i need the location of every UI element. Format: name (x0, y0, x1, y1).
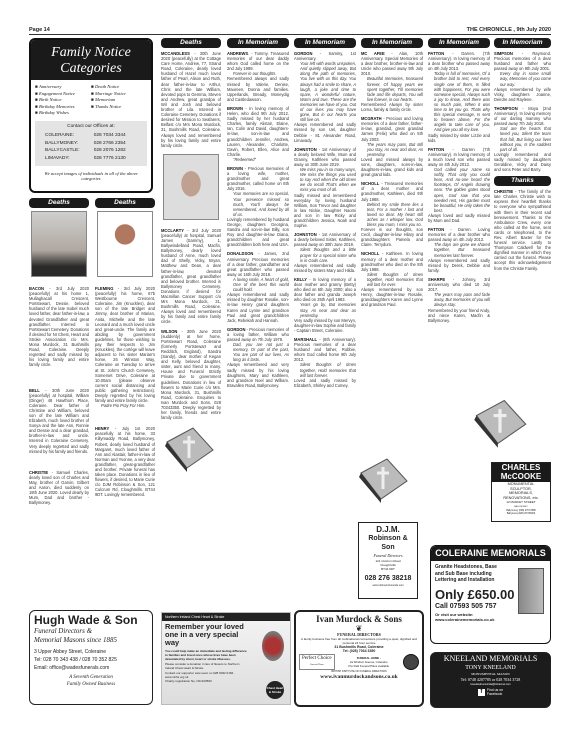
deaths-column-1: Deaths BACON - 3rd July 2020 (peacefully… (29, 198, 89, 509)
section-header-memoriam: In Memoriam (361, 38, 423, 48)
ad-title: COLERAINE MEMORIALS (431, 546, 550, 561)
heart-icon (262, 631, 284, 661)
notice-thanks-christie: CHRISTIE - The family of the late Charle… (494, 189, 551, 271)
notice-marshall: MARSHALL - (8th Anniversary). Precious m… (294, 337, 356, 388)
ad-kneeland-memorials: KNEELAND MEMORIALS TONY KNEELAND MONUMEN… (430, 652, 551, 708)
photo-fleming (97, 211, 153, 277)
contact-offices: Contact our Offices at: COLERAINE:028 70… (35, 121, 147, 166)
notice-simpson: SIMPSON - Raymond. Precious memories of … (494, 51, 551, 102)
office-name: COLERAINE: (45, 133, 92, 139)
ad-email: Email: office@wadesfunerals.com (34, 664, 148, 672)
ad-line: Memorial Masons since 1885 (34, 636, 148, 645)
notice-patton-2: PATTON - Darren (7th Anniversary). In lo… (428, 147, 490, 223)
ad-name: TONY KNEELAND (431, 665, 550, 672)
page-number: Page 14 (29, 27, 50, 33)
notice-christie: CHRISTIE - Samuel Charles, dearly loved … (29, 470, 89, 506)
ad-title: D.J.M. (361, 525, 415, 534)
deaths-column-3: Deaths MCCANDLESS - 30th June 2020 (peac… (161, 38, 221, 473)
bible-icon (470, 395, 530, 449)
ad-org: Northern Ireland Chest Heart & Stroke (162, 613, 290, 621)
plans-note: Pre Paid Funeral Plans available (349, 664, 390, 668)
category-item: Anniversary (35, 84, 91, 89)
memoriam-column-2: In Memoriam GORDON - Sammy, 1st Annivers… (294, 38, 356, 392)
ad-phone: Tel: (028) 7034 3350 (343, 649, 376, 653)
ad-title: Robinson & Son (361, 534, 415, 552)
office-phone: 028 7776 2130 (94, 156, 137, 162)
notice-gordon-1: GORDON - Sammy, 1st Anniversary.Your lef… (294, 51, 356, 143)
category-item: Birth Notice (35, 97, 91, 102)
ad-sub: Funeral Directors (361, 552, 415, 559)
office-name: BALLYMONEY: (45, 141, 92, 147)
notice-thompson: THOMPSON - Moya (2nd Anniversary). In lo… (494, 106, 551, 172)
office-phone: 028 2766 2354 (94, 141, 137, 147)
ad-line: Funeral Directors & (34, 627, 148, 636)
ad-desc: Granite Headstones, Base and Sub Base in… (431, 561, 511, 587)
memoriam-column-1: In Memoriam ANDREWS. - Tommy. Treasured … (227, 38, 289, 392)
ad-headline: Remember your loved one in a very specia… (162, 621, 252, 649)
categories-list: Anniversary Death Notice Engagement Noti… (31, 80, 151, 117)
category-item: Memoriam (91, 97, 147, 102)
ad-phone: Ballymoney (028) 276 67085 (506, 510, 535, 512)
notice-johnston-1: JOHNSTON - 1st Anniversary of a dearly b… (294, 147, 356, 229)
notice-johnston-2: JOHNSTON - 1st Anniversary of a dearly b… (294, 232, 356, 273)
notice-patton-1: PATTON - Darren. (7th Anniversary). In l… (428, 51, 490, 143)
section-header-deaths: Deaths (95, 198, 155, 208)
family-notice-categories-box: Family Notice Categories Anniversary Dea… (29, 38, 153, 193)
notice-andrews: ANDREWS. - Tommy. Treasured memories of … (227, 51, 289, 102)
ad-title: KNEELAND MEMORIALS (431, 653, 550, 665)
section-header-memoriam: In Memoriam (494, 38, 551, 48)
ad-djm-robinson: D.J.M. Robinson & Son Funeral Directors … (358, 522, 418, 599)
crest-icon (403, 654, 419, 670)
images-note: We accept images of individuals in all o… (31, 170, 151, 182)
ad-ivan-murdock: Ivan Murdock & Sons ❦ FUNERAL DIRECTORS … (294, 610, 424, 707)
notice-nicholl-1: NICHOLL - Treasured memories of a dear m… (361, 181, 423, 247)
office-row: LIMAVADY:028 7776 2130 (45, 156, 137, 162)
categories-title: Family Notice Categories (31, 40, 151, 80)
offices-table: COLERAINE:028 7034 3344 BALLYMONEY:028 2… (43, 131, 139, 163)
section-header-memoriam: In Memoriam (294, 38, 356, 48)
page-header: Page 14 THE CHRONICLE , 9th July 2020 (29, 25, 551, 35)
notice-brown-2: BROWN - Precious memories of a loving wi… (227, 166, 289, 248)
category-item: Thanks Notice (91, 104, 147, 109)
ad-footer: Family Owned Business (67, 682, 115, 687)
bible-icon (161, 424, 217, 472)
perfect-choice-sub: Funeral Plans (310, 663, 324, 666)
section-header-thanks: Thanks (494, 176, 551, 186)
office-phone: 028 7034 3344 (94, 133, 137, 139)
facebook-link[interactable]: f Find us onFacebook (431, 688, 550, 696)
notice-wilson: WILSON - 30th June 2020 (suddenly) at he… (161, 329, 221, 421)
publication-title: THE CHRONICLE , 9th July 2020 (467, 27, 551, 33)
ad-contact: Contact our supporter care team on 028 9… (162, 671, 252, 679)
deaths-column-2: Deaths FLEMING - 3rd July 2020 (peaceful… (95, 198, 155, 502)
ad-hugh-wade: Hugh Wade & Son Funeral Directors & Memo… (29, 610, 153, 705)
section-header-memoriam: In Memoriam (227, 38, 289, 48)
office-row: COLERAINE:028 7034 3344 (45, 133, 137, 139)
memoriam-thanks-column: In Memoriam SIMPSON - Raymond. Precious … (494, 38, 551, 275)
category-item: Birthday Wishes (35, 110, 91, 115)
ad-phone: Tel: 028 70 343 438 / 028 70 352 825 (34, 656, 148, 664)
headstone-image (518, 568, 544, 614)
ad-footer: A Seventh Generation (69, 675, 113, 680)
office-row: BALLYMONEY:028 2766 2354 (45, 141, 137, 147)
ad-desc: A family business free from all multinat… (299, 637, 419, 645)
ad-note: Please consider a donation in lieu of fl… (162, 661, 252, 671)
facebook-label: Facebook (487, 692, 502, 696)
notice-mcclarty: MCCLARTY - 3rd July 2020 (peacefully) at… (161, 228, 221, 325)
ad-website: www.robinsonsfunerals.com (361, 584, 415, 587)
notice-henry: HENRY - July 1st 2020 peacefully at his … (95, 426, 155, 497)
office-name: BALLYCASTLE: (45, 148, 92, 154)
ad-charles-mccooke: CHARLESMcCOOKE MONUMENTAL SCULPTOR, MEMO… (491, 462, 551, 522)
ad-address: 3 Upper Abbey Street, Coleraine (34, 648, 148, 656)
office-phone: 028 2076 1282 (94, 148, 137, 154)
ad-phone: 028 276 38218 (361, 574, 415, 584)
ad-email: kneelandmemorials@btinternet.com (431, 683, 550, 687)
memoriam-column-4: In Memoriam PATTON - Darren. (7th Annive… (428, 38, 490, 327)
notice-fleming: FLEMING - 3rd July 2020 (peacefully) his… (95, 286, 155, 408)
perfect-choice-logo: Perfect Choice (302, 656, 332, 661)
notice-nicholl-2: NICHOLL - Kathleen. In loving memory of … (361, 251, 423, 307)
chs-logo: Chest Heart & Stroke (266, 681, 284, 699)
category-item: Birthday Memories (35, 104, 91, 109)
ad-website: www.colerainememorials.co.uk (435, 617, 494, 622)
contact-heading: Contact our Offices at: (43, 124, 139, 129)
notice-kelly: KELLY - In loving memory of a dear mothe… (294, 277, 356, 333)
notice-donaldson: DONALDSON - James, 2nd Anniversary. Prec… (227, 251, 289, 322)
section-header-deaths: Deaths (29, 198, 89, 208)
facebook-icon: f (478, 689, 485, 696)
notice-patton-3: PATTON - Darren. Loving memories of a de… (428, 227, 490, 273)
notice-sharpe: SHARPE - Johnny, 3rd anniversary who die… (428, 277, 490, 323)
bible-icon (355, 455, 411, 503)
ad-chest-heart-stroke: Northern Ireland Chest Heart & Stroke Re… (161, 612, 291, 705)
ad-phone: Ballymena (028) 25 653000 (507, 513, 535, 515)
category-item: Marriage Notice (91, 91, 147, 96)
section-header-deaths: Deaths (161, 38, 221, 48)
ad-title: McCOOKE (501, 472, 541, 481)
photo-mccandless (163, 154, 219, 220)
notice-brown-1: BROWN - In loving memory of Helen, who d… (227, 106, 289, 162)
notice-mccandless: MCCANDLESS - 30th June 2020 (peacefully)… (161, 51, 221, 148)
category-item: Engagement Notice (35, 91, 91, 96)
memoriam-column-3: In Memoriam MC AFEE - Alan, 10th Anniver… (361, 38, 423, 312)
ad-title: Hugh Wade & Son (34, 614, 148, 627)
ad-coleraine-memorials: COLERAINE MEMORIALS Granite Headstones, … (430, 545, 551, 644)
photo-bacon (31, 211, 87, 277)
category-item: Death Notice (91, 84, 147, 89)
ad-address: BT44 9DT (381, 567, 395, 571)
section-header-memoriam: In Memoriam (428, 38, 490, 48)
notice-bell: BELL - 30th June 2020 (peacefully) at ho… (29, 388, 89, 454)
office-name: LIMAVADY: (45, 156, 92, 162)
notice-mcgrath: MCGRATH - Precious and loving memories o… (361, 116, 423, 177)
notice-gordon-2: GORDON - Precious memories of a loving f… (227, 327, 289, 388)
notice-bacon: BACON - 3rd July 2020 (peacefully) at hi… (29, 286, 89, 368)
office-row: BALLYCASTLE:028 2076 1282 (45, 148, 137, 154)
notice-mcafee: MC AFEE - Alan, 10th Anniversary. Specia… (361, 51, 423, 112)
ad-body: You could help make an immediate and las… (162, 649, 252, 661)
ad-website: www.ivanmurdockandsons.co.uk (299, 674, 419, 681)
